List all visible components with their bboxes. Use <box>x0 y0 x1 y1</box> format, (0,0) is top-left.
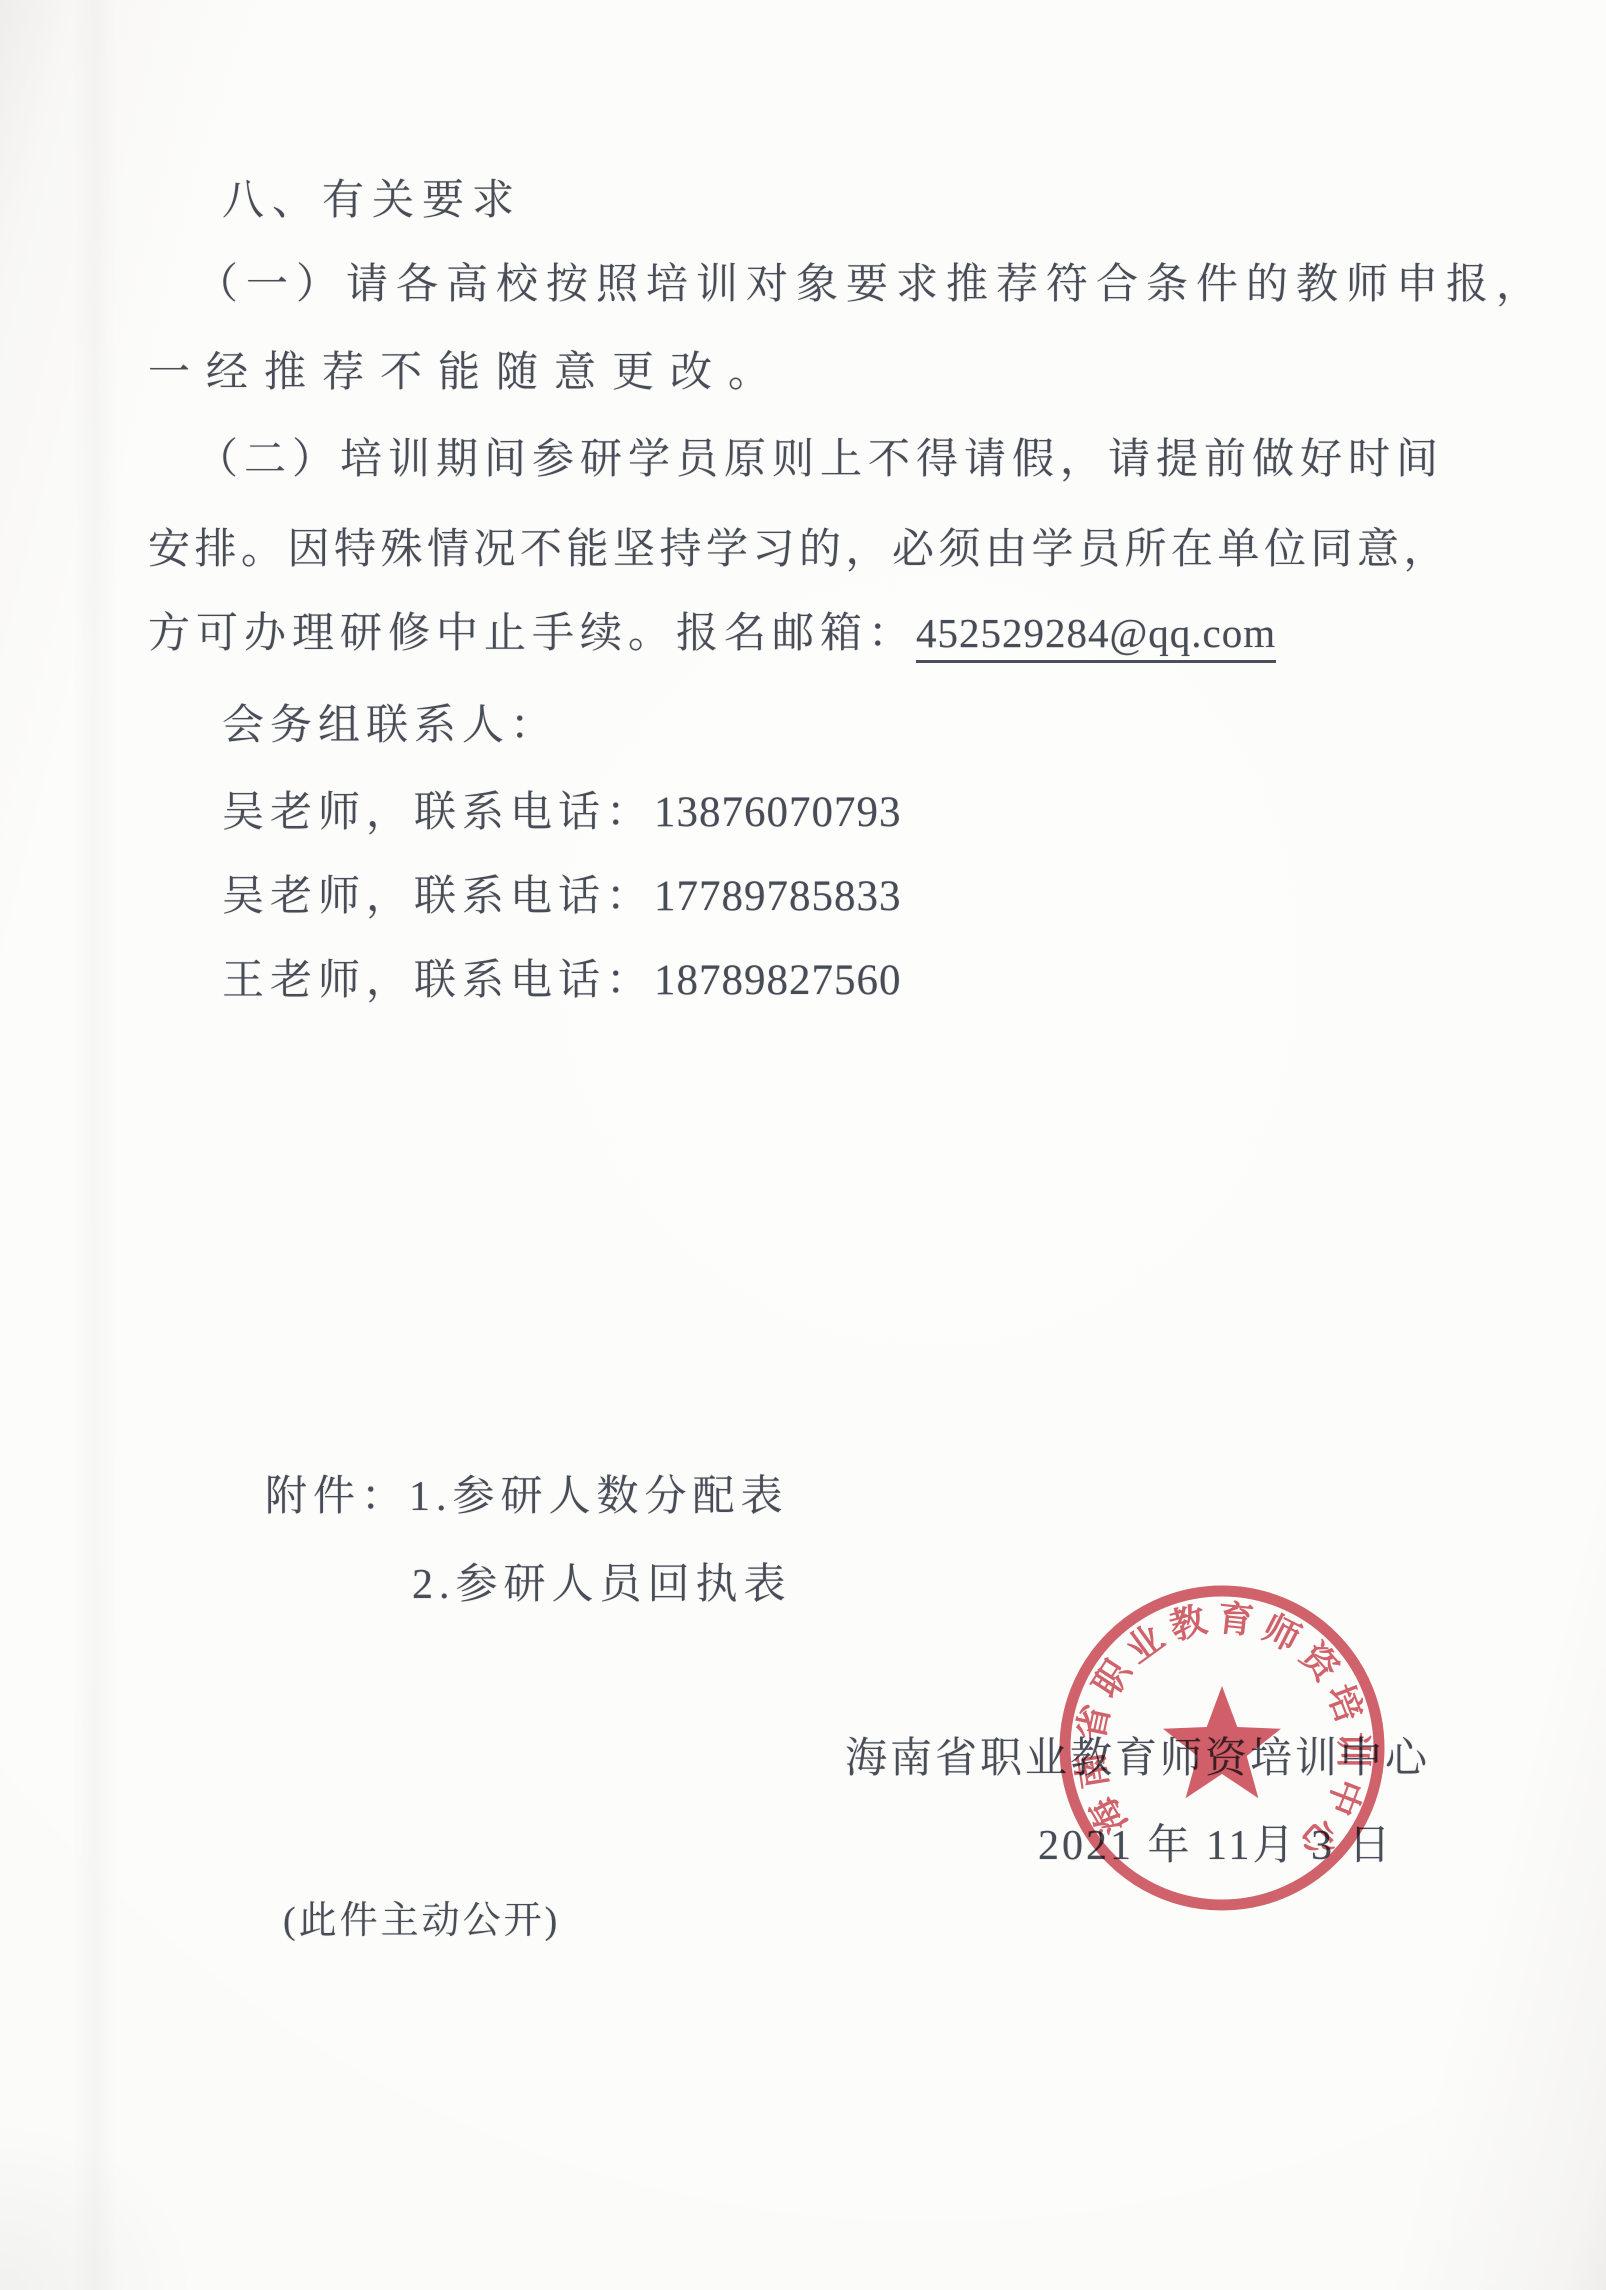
stamp-char: 育 <box>1216 1598 1256 1642</box>
paragraph-1-line-2: 一经推荐不能随意更改。 <box>148 348 786 398</box>
contact-item: 王老师，联系电话：18789827560 <box>222 955 902 1007</box>
contact-label: 王老师，联系电话： <box>222 958 654 1004</box>
registration-email: 452529284@qq.com <box>916 610 1276 663</box>
paper-crease-shadow <box>72 0 118 2290</box>
stamp-char: 南 <box>1070 1750 1115 1792</box>
attachments-line-2: 2.参研人员回执表 <box>412 1560 792 1610</box>
contact-label: 吴老师，联系电话： <box>222 790 654 836</box>
stamp-char: 教 <box>1166 1599 1212 1647</box>
paragraph-2-line-1: （二）培训期间参研学员原则上不得请假，请提前做好时间 <box>196 435 1444 485</box>
stamp-char: 省 <box>1071 1701 1118 1745</box>
stamp-char: 训 <box>1333 1732 1373 1768</box>
contact-phone: 18789827560 <box>654 957 902 1004</box>
paragraph-2-line-3: 方可办理研修中止手续。报名邮箱：452529284@qq.com <box>148 609 1276 659</box>
contact-label: 吴老师，联系电话： <box>222 874 654 920</box>
contact-phone: 17789785833 <box>654 873 902 920</box>
paragraph-2-line-2: 安排。因特殊情况不能坚持学习的，必须由学员所在单位同意， <box>148 525 1450 575</box>
scanned-document-page: 八、有关要求 （一）请各高校按照培训对象要求推荐符合条件的教师申报， 一经推荐不… <box>0 0 1606 2290</box>
attachments-line-1: 附件：1.参研人数分配表 <box>265 1472 789 1522</box>
contact-phone: 13876070793 <box>654 789 902 836</box>
official-red-stamp: 海南省职业教育师资培训中心 <box>1052 1578 1392 1918</box>
contacts-heading: 会务组联系人： <box>222 701 558 751</box>
contact-item: 吴老师，联系电话：17789785833 <box>222 871 902 923</box>
section-heading: 八、有关要求 <box>222 176 522 226</box>
paragraph-1-line-1: （一）请各高校按照培训对象要求推荐符合条件的教师申报， <box>196 260 1546 310</box>
contact-item: 吴老师，联系电话：13876070793 <box>222 787 902 839</box>
footer-note: (此件主动公开) <box>283 1899 560 1945</box>
paragraph-2-line-3-text: 方可办理研修中止手续。报名邮箱： <box>148 611 916 657</box>
stamp-star-icon <box>1163 1686 1281 1798</box>
paper-corner-shadow <box>0 2030 300 2290</box>
